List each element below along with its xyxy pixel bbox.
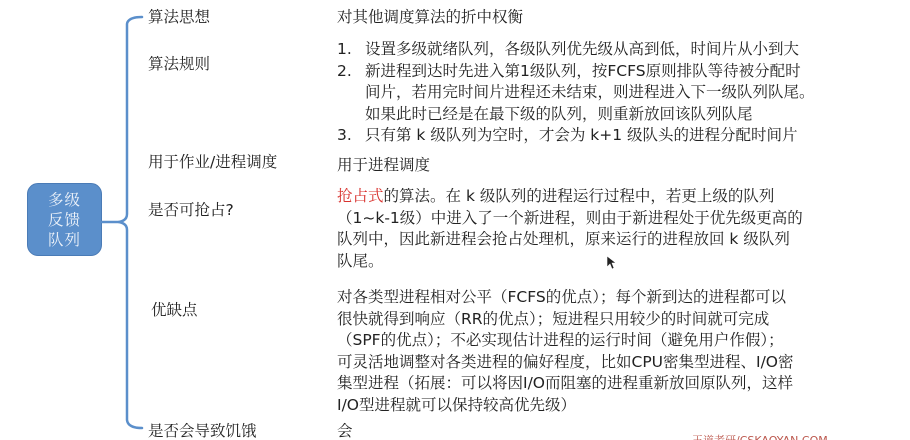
rule-line: 设置多级就绪队列，各级队列优先级从高到低，时间片从小到大 (365, 39, 815, 61)
branch-content-pros-cons: 对各类型进程相对公平（FCFS的优点）；每个新到达的进程都可以 很快就得到响应（… (337, 287, 794, 416)
pros-cons-line: （SPF的优点）；不必实现估计进程的运行时间（避免用户作假）； (337, 330, 794, 352)
branch-content-preemptive: 抢占式的算法。在 k 级队列的进程运行过程中，若更上级的队列 （1~k-1级）中… (337, 186, 803, 272)
branch-label-algorithm-idea: 算法思想 (148, 7, 210, 27)
rule-line: 新进程到达时先进入第1级队列，按FCFS原则排队等待被分配时 (365, 61, 815, 83)
mouse-cursor-icon (607, 256, 617, 270)
preemptive-highlight: 抢占式 (337, 187, 384, 205)
branch-label-starvation: 是否会导致饥饿 (148, 421, 257, 440)
preemptive-line: 队尾。 (337, 251, 803, 273)
preemptive-line: 队列中，因此新进程会抢占处理机，原来运行的进程放回 k 级队列 (337, 229, 803, 251)
pros-cons-line: 对各类型进程相对公平（FCFS的优点）；每个新到达的进程都可以 (337, 287, 794, 309)
preemptive-line: （1~k-1级）中进入了一个新进程，则由于新进程处于优先级更高的 (337, 208, 803, 230)
pros-cons-line: 集型进程（拓展：可以将因I/O而阻塞的进程重新放回原队列，这样 (337, 373, 794, 395)
pros-cons-line: 很快就得到响应（RR的优点）；短进程只用较少的时间就可完成 (337, 309, 794, 331)
branch-content-algorithm-idea: 对其他调度算法的折中权衡 (337, 7, 523, 28)
branch-label-job-or-process-scheduling: 用于作业/进程调度 (148, 152, 277, 172)
rule-item: 2. 新进程到达时先进入第1级队列，按FCFS原则排队等待被分配时 间片，若用完… (337, 61, 815, 126)
rule-item: 3. 只有第 k 级队列为空时，才会为 k+1 级队头的进程分配时间片 (337, 125, 815, 147)
rule-number: 3. (337, 125, 352, 147)
preemptive-line: 抢占式的算法。在 k 级队列的进程运行过程中，若更上级的队列 (337, 186, 803, 208)
pros-cons-line: I/O型进程就可以保持较高优先级） (337, 395, 794, 417)
rule-line: 间片，若用完时间片进程还未结束，则进程进入下一级队列队尾。 (365, 82, 815, 104)
branch-content-starvation: 会 (337, 421, 353, 440)
rule-line: 如果此时已经是在最下级的队列，则重新放回该队列队尾 (365, 104, 815, 126)
branch-content-job-or-process-scheduling: 用于进程调度 (337, 155, 430, 176)
branch-label-preemptive: 是否可抢占? (148, 200, 234, 220)
rule-number: 1. (337, 39, 352, 61)
watermark: 王道考研/CSKAOYAN.COM (692, 432, 828, 440)
pros-cons-line: 可灵活地调整对各类进程的偏好程度，比如CPU密集型进程、I/O密 (337, 352, 794, 374)
rule-item: 1. 设置多级就绪队列，各级队列优先级从高到低，时间片从小到大 (337, 39, 815, 61)
rule-line: 只有第 k 级队列为空时，才会为 k+1 级队头的进程分配时间片 (365, 125, 815, 147)
rules-list: 1. 设置多级就绪队列，各级队列优先级从高到低，时间片从小到大 2. 新进程到达… (337, 39, 815, 147)
rule-number: 2. (337, 61, 352, 83)
branch-label-pros-cons: 优缺点 (151, 300, 198, 320)
preemptive-line-text: 的算法。在 k 级队列的进程运行过程中，若更上级的队列 (384, 187, 775, 205)
branch-label-algorithm-rules: 算法规则 (148, 54, 210, 74)
